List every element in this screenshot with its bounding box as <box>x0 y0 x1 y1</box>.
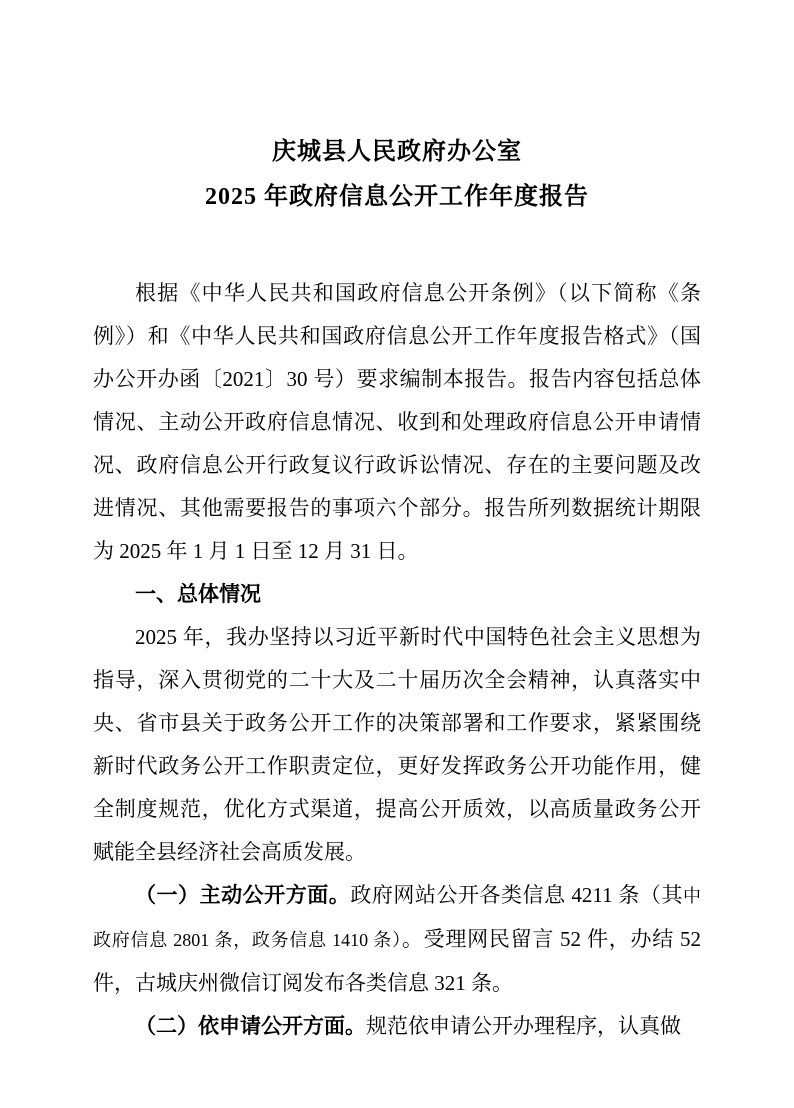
document-title: 庆城县人民政府办公室 2025 年政府信息公开工作年度报告 <box>93 130 701 220</box>
subsection-2-text: 规范依申请公开办理程序，认真做 <box>366 1014 681 1038</box>
subsection-1-lead: （一）主动公开方面。 <box>135 883 350 907</box>
intro-paragraph: 根据《中华人民共和国政府信息公开条例》（以下简称《条例》）和《中华人民共和国政府… <box>93 272 701 573</box>
section-1-heading: 一、总体情况 <box>93 573 701 616</box>
subsection-1-paragraph: （一）主动公开方面。政府网站公开各类信息 4211 条（其中政府信息 2801 … <box>93 874 701 1005</box>
subsection-2-lead: （二）依申请公开方面。 <box>135 1014 366 1038</box>
subsection-2-paragraph: （二）依申请公开方面。规范依申请公开办理程序，认真做 <box>93 1005 701 1048</box>
title-line-1: 庆城县人民政府办公室 <box>93 130 701 175</box>
subsection-1-text: 政府网站公开各类信息 4211 条（其 <box>350 883 683 907</box>
document-page: 庆城县人民政府办公室 2025 年政府信息公开工作年度报告 根据《中华人民共和国… <box>0 0 794 1108</box>
section-1-overview-paragraph: 2025 年，我办坚持以习近平新时代中国特色社会主义思想为指导，深入贯彻党的二十… <box>93 616 701 874</box>
title-line-2: 2025 年政府信息公开工作年度报告 <box>93 175 701 220</box>
